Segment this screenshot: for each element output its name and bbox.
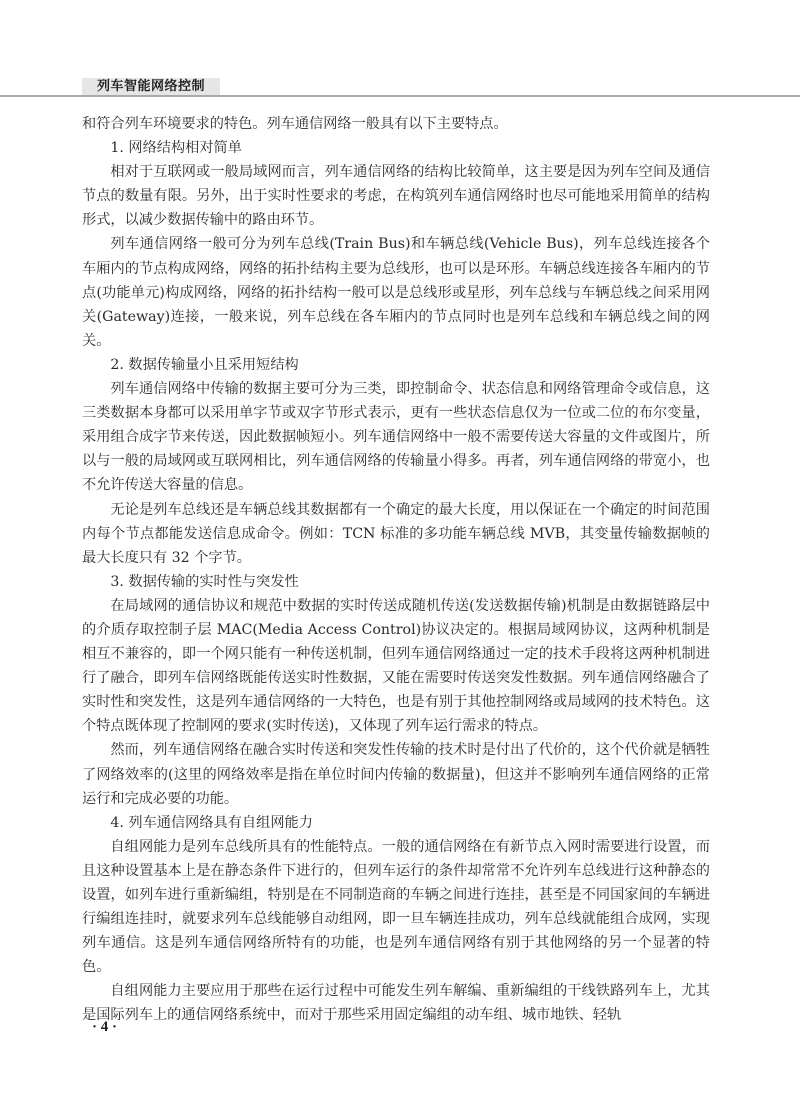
section-heading-1: 1. 网络结构相对简单: [82, 136, 710, 160]
paragraph: 列车通信网络中传输的数据主要可分为三类，即控制命令、状态信息和网络管理命令或信息…: [82, 377, 710, 497]
section-heading-2: 2. 数据传输量小且采用短结构: [82, 353, 710, 377]
section-heading-4: 4. 列车通信网络具有自组网能力: [82, 811, 710, 835]
section-heading-3: 3. 数据传输的实时性与突发性: [82, 570, 710, 594]
header-rule-divider: [0, 95, 800, 97]
paragraph: 列车通信网络一般可分为列车总线(Train Bus)和车辆总线(Vehicle …: [82, 232, 710, 352]
page-number: · 4 ·: [92, 1019, 117, 1036]
paragraph: 自组网能力主要应用于那些在运行过程中可能发生列车解编、重新编组的干线铁路列车上，…: [82, 979, 710, 1027]
body-text: 和符合列车环境要求的特色。列车通信网络一般具有以下主要特点。 1. 网络结构相对…: [82, 112, 710, 1028]
paragraph: 然而，列车通信网络在融合实时传送和突发性传输的技术时是付出了代价的，这个代价就是…: [82, 738, 710, 810]
paragraph-continuation: 和符合列车环境要求的特色。列车通信网络一般具有以下主要特点。: [82, 112, 710, 136]
paragraph: 无论是列车总线还是车辆总线其数据都有一个确定的最大长度，用以保证在一个确定的时间…: [82, 498, 710, 570]
running-head-title: 列车智能网络控制: [82, 78, 220, 96]
paragraph: 自组网能力是列车总线所具有的性能特点。一般的通信网络在有新节点入网时需要进行设置…: [82, 835, 710, 980]
paragraph: 相对于互联网或一般局域网而言，列车通信网络的结构比较简单，这主要是因为列车空间及…: [82, 160, 710, 232]
paragraph: 在局域网的通信协议和规范中数据的实时传送成随机传送(发送数据传输)机制是由数据链…: [82, 594, 710, 739]
